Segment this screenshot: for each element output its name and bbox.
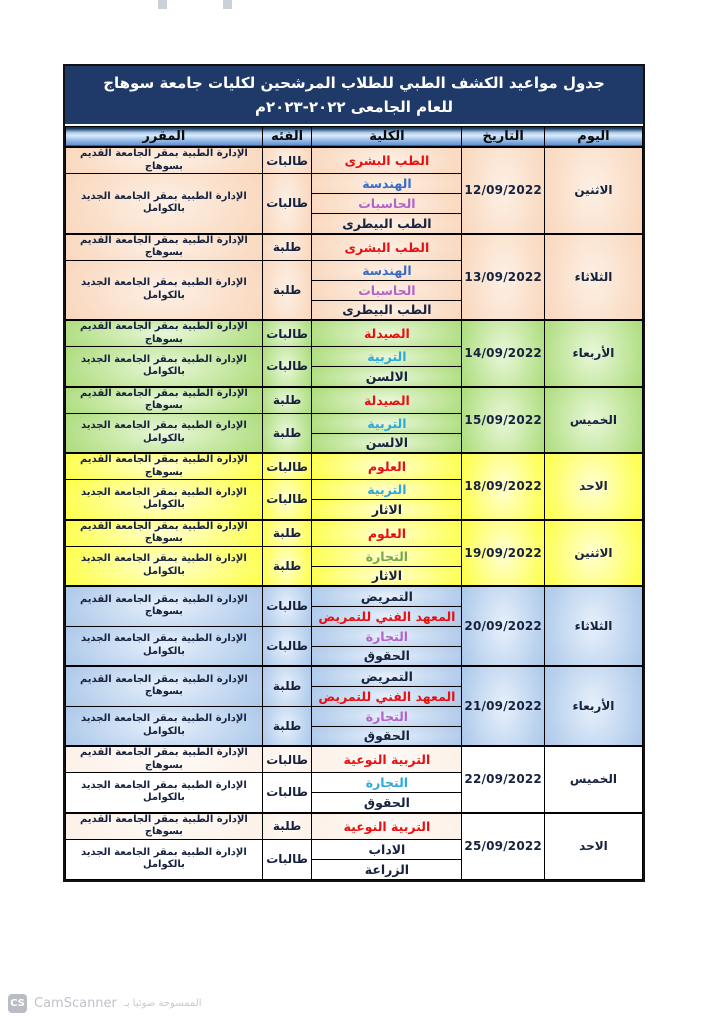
date-cell: 18/09/2022 — [462, 453, 545, 520]
college-cell: التربية النوعية — [312, 813, 462, 840]
date-cell: 25/09/2022 — [462, 813, 545, 880]
date-cell: 19/09/2022 — [462, 520, 545, 587]
schedule-document: جدول مواعيد الكشف الطبي للطلاب المرشحين … — [63, 64, 645, 882]
college-cell: التمريض — [312, 666, 462, 686]
college-cell: الحقوق — [312, 726, 462, 746]
location-cell: الإدارة الطبية بمقر الجامعة القديم بسوها… — [66, 387, 263, 414]
college-cell: الطب البشرى — [312, 147, 462, 174]
category-cell: طلبة — [262, 387, 312, 414]
college-cell: الاثار — [312, 500, 462, 520]
header-date: التاريخ — [462, 126, 545, 147]
category-cell: طلبة — [262, 413, 312, 453]
category-cell: طالبات — [262, 839, 312, 879]
scanned-page: جدول مواعيد الكشف الطبي للطلاب المرشحين … — [0, 0, 704, 1024]
category-cell: طلبة — [262, 520, 312, 547]
schedule-row: الاحد25/09/2022التربية النوعيةطلبةالإدار… — [66, 813, 643, 840]
location-cell: الإدارة الطبية بمقر الجامعة القديم بسوها… — [66, 147, 263, 174]
location-cell: الإدارة الطبية بمقر الجامعة الجديد بالكو… — [66, 413, 263, 453]
location-cell: الإدارة الطبية بمقر الجامعة الجديد بالكو… — [66, 773, 263, 813]
category-cell: طلبة — [262, 260, 312, 320]
header-college: الكلية — [312, 126, 462, 147]
college-cell: العلوم — [312, 520, 462, 547]
category-cell: طالبات — [262, 773, 312, 813]
college-cell: التجارة — [312, 773, 462, 793]
college-cell: التجارة — [312, 626, 462, 646]
location-cell: الإدارة الطبية بمقر الجامعة الجديد بالكو… — [66, 546, 263, 586]
category-cell: طالبات — [262, 626, 312, 666]
schedule-row: الاثنين12/09/2022الطب البشرىطالباتالإدار… — [66, 147, 643, 174]
date-cell: 12/09/2022 — [462, 147, 545, 234]
location-cell: الإدارة الطبية بمقر الجامعة الجديد بالكو… — [66, 347, 263, 387]
college-cell: العلوم — [312, 453, 462, 480]
location-cell: الإدارة الطبية بمقر الجامعة الجديد بالكو… — [66, 626, 263, 666]
day-cell: الثلاثاء — [544, 586, 642, 666]
college-cell: الهندسة — [312, 174, 462, 194]
day-cell: الاحد — [544, 453, 642, 520]
category-cell: طلبة — [262, 706, 312, 746]
location-cell: الإدارة الطبية بمقر الجامعة القديم بسوها… — [66, 320, 263, 347]
college-cell: التمريض — [312, 586, 462, 606]
day-cell: الخميس — [544, 387, 642, 454]
header-day: اليوم — [544, 126, 642, 147]
location-cell: الإدارة الطبية بمقر الجامعة الجديد بالكو… — [66, 174, 263, 234]
category-cell: طالبات — [262, 746, 312, 773]
title-line-1: جدول مواعيد الكشف الطبي للطلاب المرشحين … — [71, 71, 637, 95]
day-cell: الاحد — [544, 813, 642, 880]
schedule-body: الاثنين12/09/2022الطب البشرىطالباتالإدار… — [66, 147, 643, 879]
college-cell: التجارة — [312, 546, 462, 566]
schedule-row: الاحد18/09/2022العلومطالباتالإدارة الطبي… — [66, 453, 643, 480]
title-line-2: للعام الجامعى ٢٠٢٢-٢٠٢٣م — [71, 95, 637, 119]
category-cell: طالبات — [262, 147, 312, 174]
camscanner-logo-icon: CS — [8, 994, 27, 1013]
schedule-table: اليوم التاريخ الكلية الفئه المقرر الاثني… — [65, 126, 643, 880]
location-cell: الإدارة الطبية بمقر الجامعة الجديد بالكو… — [66, 706, 263, 746]
college-cell: الطب البشرى — [312, 234, 462, 261]
college-cell: المعهد الفني للتمريض — [312, 606, 462, 626]
location-cell: الإدارة الطبية بمقر الجامعة القديم بسوها… — [66, 453, 263, 480]
college-cell: الصيدلة — [312, 320, 462, 347]
college-cell: الاثار — [312, 566, 462, 586]
location-cell: الإدارة الطبية بمقر الجامعة القديم بسوها… — [66, 666, 263, 706]
camscanner-watermark: CS CamScanner الممسوحة ضوئيا بـ — [8, 994, 202, 1013]
location-cell: الإدارة الطبية بمقر الجامعة الجديد بالكو… — [66, 480, 263, 520]
category-cell: طالبات — [262, 347, 312, 387]
category-cell: طلبة — [262, 546, 312, 586]
college-cell: الاداب — [312, 839, 462, 859]
category-cell: طالبات — [262, 453, 312, 480]
college-cell: الزراعة — [312, 859, 462, 879]
date-cell: 14/09/2022 — [462, 320, 545, 387]
college-cell: التربية — [312, 347, 462, 367]
day-cell: الخميس — [544, 746, 642, 813]
college-cell: التربية النوعية — [312, 746, 462, 773]
college-cell: التجارة — [312, 706, 462, 726]
day-cell: الأربعاء — [544, 320, 642, 387]
schedule-row: الثلاثاء20/09/2022التمريضطالباتالإدارة ا… — [66, 586, 643, 606]
header-location: المقرر — [66, 126, 263, 147]
category-cell: طلبة — [262, 666, 312, 706]
day-cell: الاثنين — [544, 147, 642, 234]
college-cell: الحاسبات — [312, 280, 462, 300]
schedule-row: الخميس15/09/2022الصيدلةطلبةالإدارة الطبي… — [66, 387, 643, 414]
location-cell: الإدارة الطبية بمقر الجامعة القديم بسوها… — [66, 586, 263, 626]
camscanner-note: الممسوحة ضوئيا بـ — [124, 998, 202, 1009]
college-cell: الهندسة — [312, 260, 462, 280]
category-cell: طالبات — [262, 586, 312, 626]
category-cell: طلبة — [262, 234, 312, 261]
location-cell: الإدارة الطبية بمقر الجامعة القديم بسوها… — [66, 746, 263, 773]
day-cell: الاثنين — [544, 520, 642, 587]
location-cell: الإدارة الطبية بمقر الجامعة الجديد بالكو… — [66, 260, 263, 320]
location-cell: الإدارة الطبية بمقر الجامعة الجديد بالكو… — [66, 839, 263, 879]
location-cell: الإدارة الطبية بمقر الجامعة القديم بسوها… — [66, 813, 263, 840]
date-cell: 15/09/2022 — [462, 387, 545, 454]
schedule-row: الاثنين19/09/2022العلومطلبةالإدارة الطبي… — [66, 520, 643, 547]
schedule-row: الأربعاء14/09/2022الصيدلةطالباتالإدارة ا… — [66, 320, 643, 347]
header-category: الفئه — [262, 126, 312, 147]
category-cell: طالبات — [262, 480, 312, 520]
college-cell: التربية — [312, 413, 462, 433]
date-cell: 20/09/2022 — [462, 586, 545, 666]
college-cell: المعهد الفني للتمريض — [312, 686, 462, 706]
header-row: اليوم التاريخ الكلية الفئه المقرر — [66, 126, 643, 147]
camscanner-brand: CamScanner — [34, 996, 117, 1011]
location-cell: الإدارة الطبية بمقر الجامعة القديم بسوها… — [66, 520, 263, 547]
category-cell: طالبات — [262, 174, 312, 234]
date-cell: 22/09/2022 — [462, 746, 545, 813]
schedule-row: الأربعاء21/09/2022التمريضطلبةالإدارة الط… — [66, 666, 643, 686]
category-cell: طلبة — [262, 813, 312, 840]
college-cell: الحاسبات — [312, 194, 462, 214]
day-cell: الثلاثاء — [544, 234, 642, 321]
college-cell: الالسن — [312, 433, 462, 453]
date-cell: 21/09/2022 — [462, 666, 545, 746]
scan-artifact-mark — [223, 0, 232, 9]
schedule-row: الثلاثاء13/09/2022الطب البشرىطلبةالإدارة… — [66, 234, 643, 261]
college-cell: الطب البيطرى — [312, 214, 462, 234]
date-cell: 13/09/2022 — [462, 234, 545, 321]
day-cell: الأربعاء — [544, 666, 642, 746]
scan-artifact-mark — [158, 0, 167, 9]
college-cell: الالسن — [312, 367, 462, 387]
college-cell: الطب البيطرى — [312, 300, 462, 320]
college-cell: الصيدلة — [312, 387, 462, 414]
document-title: جدول مواعيد الكشف الطبي للطلاب المرشحين … — [65, 66, 643, 126]
college-cell: التربية — [312, 480, 462, 500]
college-cell: الحقوق — [312, 646, 462, 666]
schedule-row: الخميس22/09/2022التربية النوعيةطالباتالإ… — [66, 746, 643, 773]
location-cell: الإدارة الطبية بمقر الجامعة القديم بسوها… — [66, 234, 263, 261]
category-cell: طالبات — [262, 320, 312, 347]
college-cell: الحقوق — [312, 793, 462, 813]
